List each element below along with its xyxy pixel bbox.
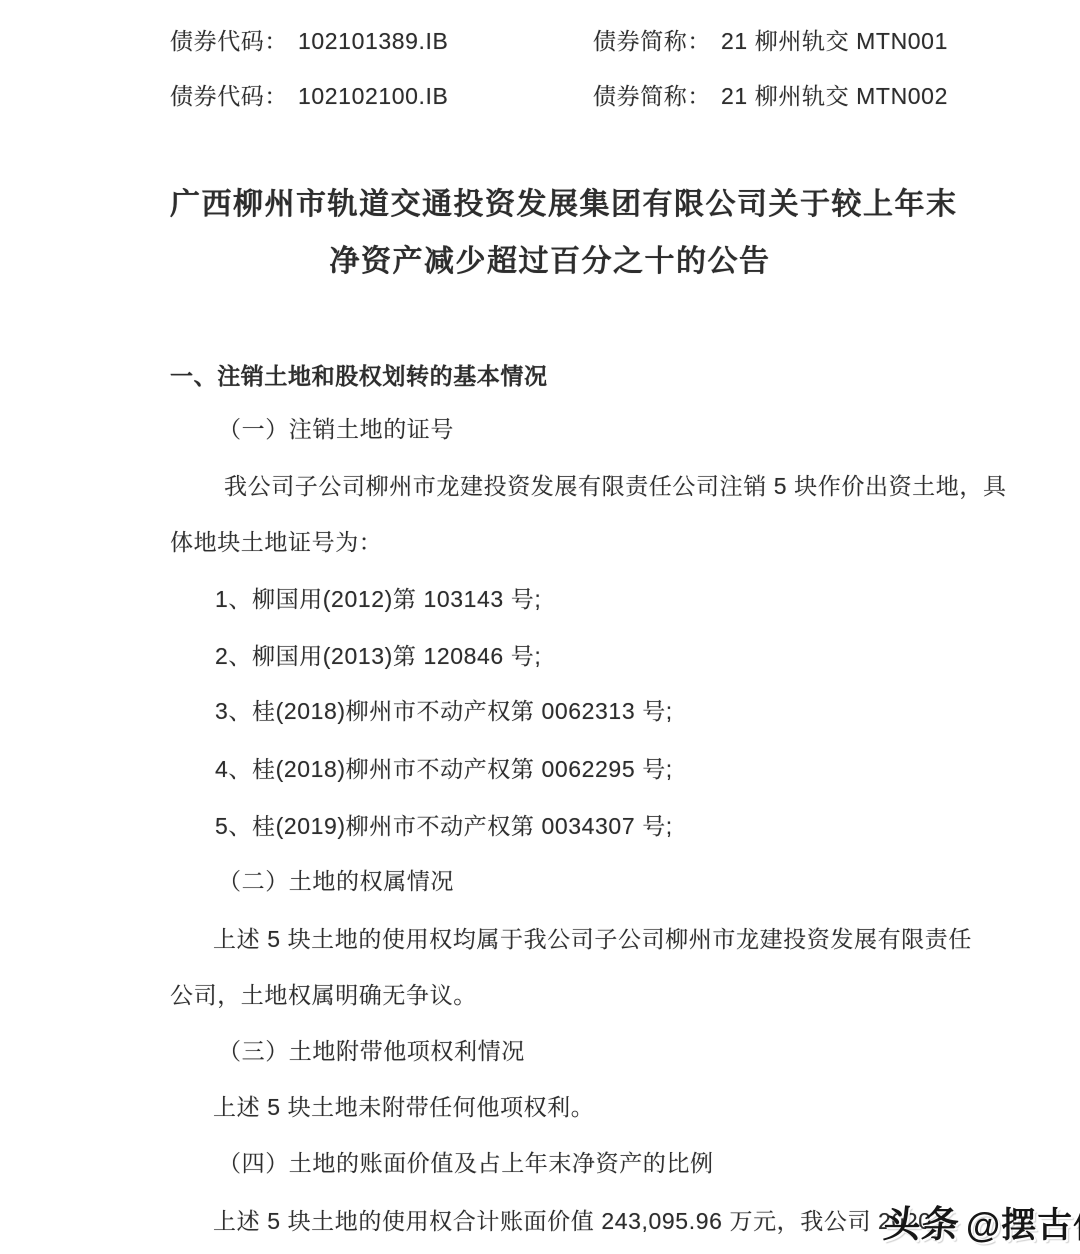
subsection-heading-1: （一）注销土地的证号: [218, 418, 454, 441]
bond-name-value: 21 柳州轨交 MTN002: [721, 83, 948, 109]
bond-code-value: 102102100.IB: [298, 83, 448, 109]
subsection-heading-4: （四）土地的账面价值及占上年末净资产的比例: [218, 1152, 714, 1175]
bond-row-1-name: 债券简称：21 柳州轨交 MTN001: [593, 30, 948, 53]
section-heading-1: 一、注销土地和股权划转的基本情况: [170, 365, 548, 388]
bond-name-value: 21 柳州轨交 MTN001: [721, 28, 948, 54]
toutiao-logo-text: 头条: [881, 1194, 963, 1248]
paragraph-2-line-2: 公司，土地权属明确无争议。: [170, 984, 477, 1007]
bond-row-1-code: 债券代码：102101389.IB: [170, 30, 448, 53]
bond-code-value: 102101389.IB: [298, 28, 448, 54]
paragraph-2-line-1: 上述 5 块土地的使用权均属于我公司子公司柳州市龙建投资发展有限责任: [213, 928, 972, 951]
page-title-line-1: 广西柳州市轨道交通投资发展集团有限公司关于较上年末: [170, 190, 930, 220]
subsection-heading-2: （二）土地的权属情况: [218, 870, 454, 893]
list-item-1: 1、柳国用(2012)第 103143 号;: [215, 588, 541, 611]
bond-row-2-code: 债券代码：102102100.IB: [170, 85, 448, 108]
list-item-3: 3、桂(2018)柳州市不动产权第 0062313 号;: [215, 700, 673, 723]
bond-code-label: 债券代码：: [170, 83, 288, 109]
bond-code-label: 债券代码：: [170, 28, 288, 54]
watermark-handle: @摆古仔: [966, 1206, 1080, 1245]
subsection-heading-3: （三）土地附带他项权利情况: [218, 1040, 525, 1063]
bond-name-label: 债券简称：: [593, 28, 711, 54]
paragraph-1-line-1: 我公司子公司柳州市龙建投资发展有限责任公司注销 5 块作价出资土地，具: [224, 475, 1007, 498]
paragraph-4: 上述 5 块土地的使用权合计账面价值 243,095.96 万元，我公司 202…: [213, 1210, 932, 1233]
toutiao-watermark: 头条@摆古仔: [884, 1194, 1080, 1248]
list-item-4: 4、桂(2018)柳州市不动产权第 0062295 号;: [215, 758, 673, 781]
list-item-5: 5、桂(2019)柳州市不动产权第 0034307 号;: [215, 815, 673, 838]
document-page: 债券代码：102101389.IB 债券简称：21 柳州轨交 MTN001 债券…: [0, 0, 1080, 1254]
bond-name-label: 债券简称：: [593, 83, 711, 109]
page-title-line-2: 净资产减少超过百分之十的公告: [170, 247, 930, 277]
list-item-2: 2、柳国用(2013)第 120846 号;: [215, 645, 541, 668]
paragraph-3: 上述 5 块土地未附带任何他项权利。: [213, 1096, 594, 1119]
paragraph-1-line-2: 体地块土地证号为：: [170, 531, 382, 554]
bond-row-2-name: 债券简称：21 柳州轨交 MTN002: [593, 85, 948, 108]
